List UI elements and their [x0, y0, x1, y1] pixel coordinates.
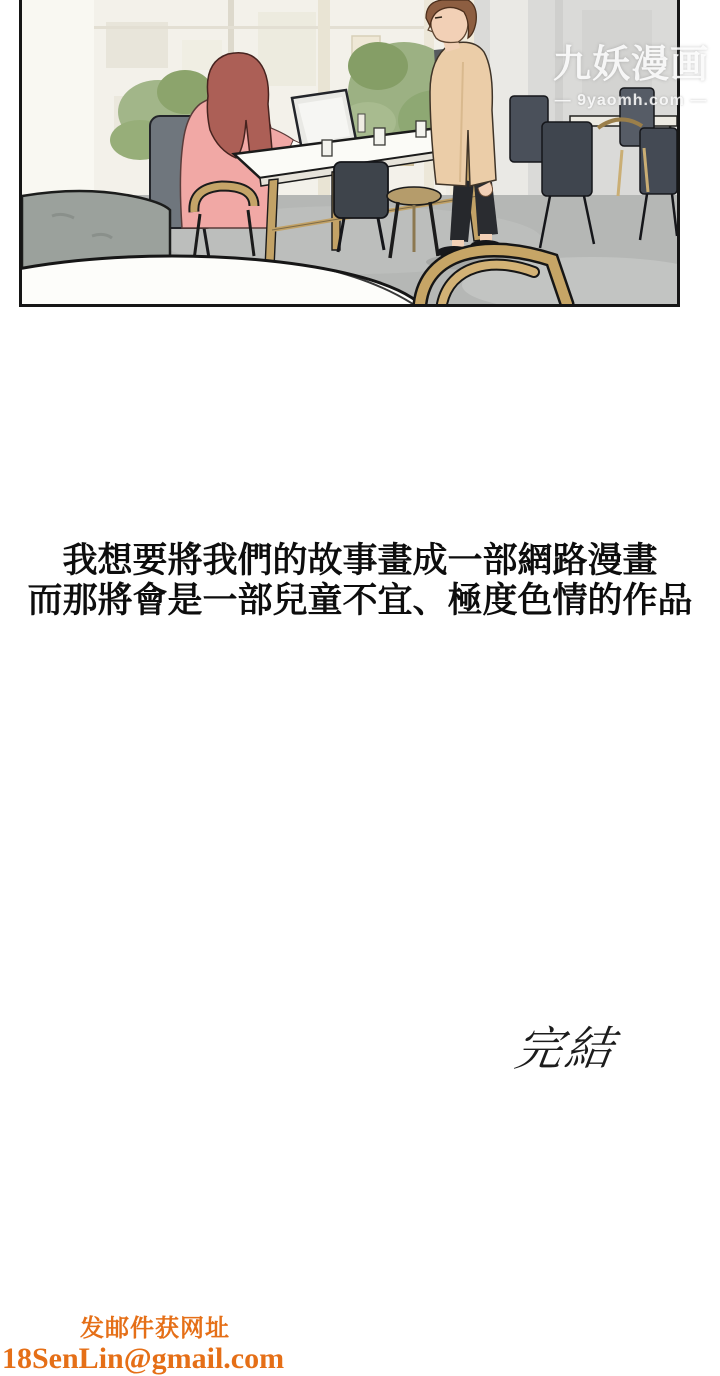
narration-line-1: 我想要將我們的故事畫成一部網路漫畫 — [0, 541, 720, 581]
footer-contact: 发邮件获网址 18SenLin@gmail.com — [2, 1314, 230, 1374]
cafe-illustration — [22, 0, 677, 304]
ending-label: 完結 — [511, 1012, 620, 1079]
comic-panel — [19, 0, 680, 307]
narration-line-2: 而那將會是一部兒童不宜、極度色情的作品 — [0, 581, 720, 621]
narration-text: 我想要將我們的故事畫成一部網路漫畫 而那將會是一部兒童不宜、極度色情的作品 — [0, 541, 720, 621]
footer-email: 18SenLin@gmail.com — [2, 1343, 230, 1374]
footer-notice: 发邮件获网址 — [2, 1314, 230, 1343]
